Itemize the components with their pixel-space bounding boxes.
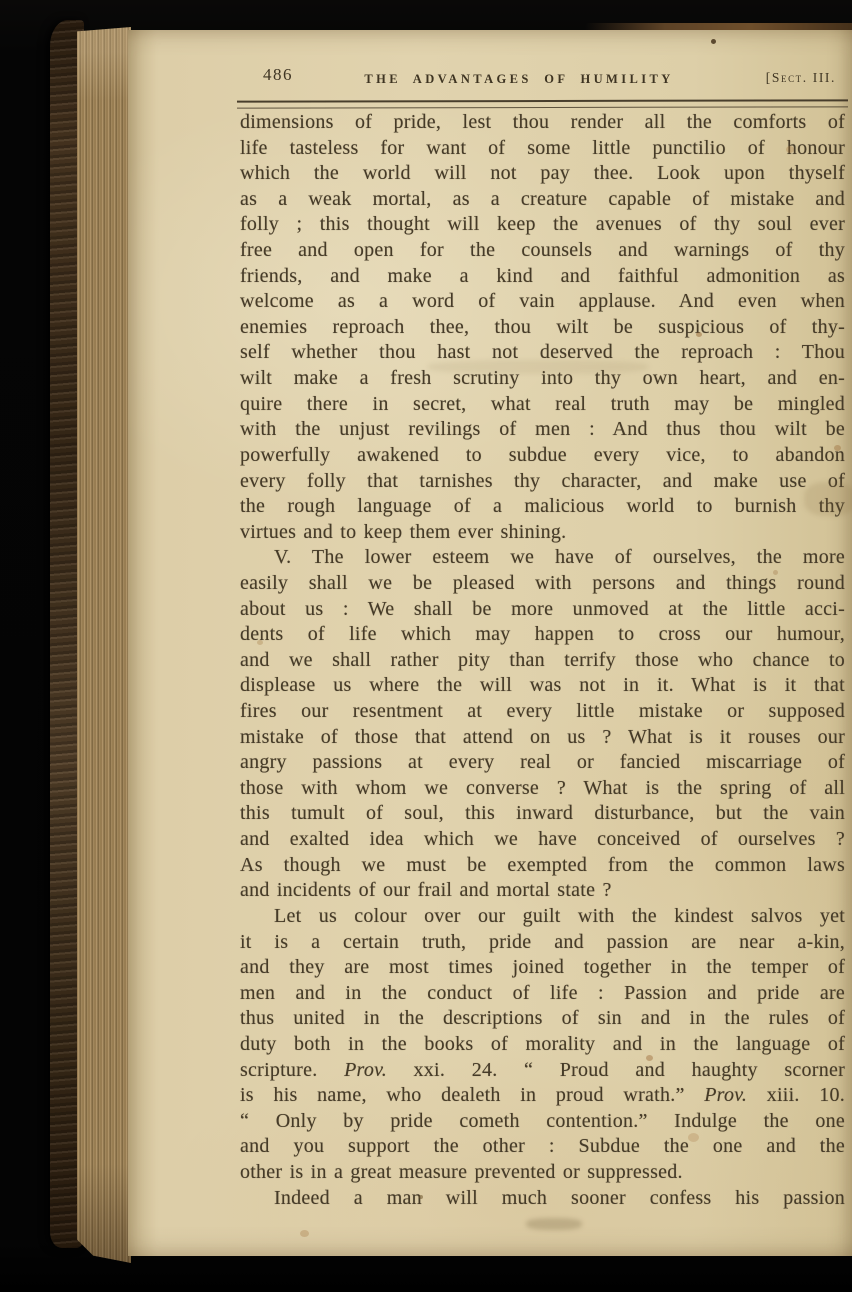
text-line: and we shall rather pity than terrify th…: [240, 648, 845, 674]
text-line: men and in the conduct of life : Passion…: [240, 981, 845, 1007]
text-line: easily shall we be pleased with persons …: [240, 571, 845, 597]
text-line: virtues and to keep them ever shining.: [240, 520, 845, 546]
text-line: displease us where the will was not in i…: [240, 673, 845, 699]
text-line: dents of life which may happen to cross …: [240, 622, 845, 648]
text-line: free and open for the counsels and warni…: [240, 238, 845, 264]
text-line: wilt make a fresh scrutiny into thy own …: [240, 366, 845, 392]
text-line: with the unjust revilings of men : And t…: [240, 417, 845, 443]
text-line: and exalted idea which we have conceived…: [240, 827, 845, 853]
text-line: welcome as a word of vain applause. And …: [240, 289, 845, 315]
text-line: and you support the other : Subdue the o…: [240, 1134, 845, 1160]
page-header: 486 THE ADVANTAGES OF HUMILITY [Sect. II…: [240, 62, 844, 94]
text-line: and they are most times joined together …: [240, 955, 845, 981]
text-line: folly ; this thought will keep the avenu…: [240, 212, 845, 238]
text-line: every folly that tarnishes thy character…: [240, 469, 845, 495]
text-line: thus united in the descriptions of sin a…: [240, 1006, 845, 1032]
text-line: angry passions at every real or fancied …: [240, 750, 845, 776]
text-line: enemies reproach thee, thou wilt be susp…: [240, 315, 845, 341]
text-line: friends, and make a kind and faithful ad…: [240, 264, 845, 290]
book-photo: 486 THE ADVANTAGES OF HUMILITY [Sect. II…: [0, 0, 852, 1292]
text-line: duty both in the books of morality and i…: [240, 1032, 845, 1058]
text-line: and incidents of our frail and mortal st…: [240, 878, 845, 904]
page-edges: [77, 27, 131, 1263]
text-line: this tumult of soul, this inward disturb…: [240, 801, 845, 827]
text-line: self whether thou hast not deserved the …: [240, 340, 845, 366]
text-line: as a weak mortal, as a creature capable …: [240, 187, 845, 213]
text-line: quire there in secret, what real truth m…: [240, 392, 845, 418]
section-label: [Sect. III.: [766, 70, 836, 86]
text-line: life tasteless for want of some little p…: [240, 136, 845, 162]
text-line: powerfully awakened to subdue every vice…: [240, 443, 845, 469]
text-block: dimensions of pride, lest thou render al…: [240, 110, 845, 1211]
bleedthrough-smudge: [526, 1218, 582, 1230]
text-line: Let us colour over our guilt with the ki…: [240, 904, 845, 930]
stain-spot: [711, 39, 716, 44]
text-line: dimensions of pride, lest thou render al…: [240, 110, 845, 136]
header-rule: [237, 99, 848, 108]
text-line: the rough language of a malicious world …: [240, 494, 845, 520]
text-line: those with whom we converse ? What is th…: [240, 776, 845, 802]
text-line: other is in a great measure prevented or…: [240, 1160, 845, 1186]
text-line: V. The lower esteem we have of ourselves…: [240, 545, 845, 571]
text-line: about us : We shall be more unmoved at t…: [240, 597, 845, 623]
text-line: it is a certain truth, pride and passion…: [240, 930, 845, 956]
text-line: As though we must be exempted from the c…: [240, 853, 845, 879]
book-page: 486 THE ADVANTAGES OF HUMILITY [Sect. II…: [128, 30, 852, 1256]
text-line: “ Only by pride cometh contention.” Indu…: [240, 1109, 845, 1135]
text-line: scripture. Prov. xxi. 24. “ Proud and ha…: [240, 1058, 845, 1084]
text-line: fires our resentment at every little mis…: [240, 699, 845, 725]
running-title: THE ADVANTAGES OF HUMILITY: [240, 72, 798, 87]
text-line: Indeed a man will much sooner confess hi…: [240, 1186, 845, 1212]
stain-spot: [300, 1230, 309, 1237]
text-line: mistake of those that attend on us ? Wha…: [240, 725, 845, 751]
text-line: is his name, who dealeth in proud wrath.…: [240, 1083, 845, 1109]
text-line: which the world will not pay thee. Look …: [240, 161, 845, 187]
